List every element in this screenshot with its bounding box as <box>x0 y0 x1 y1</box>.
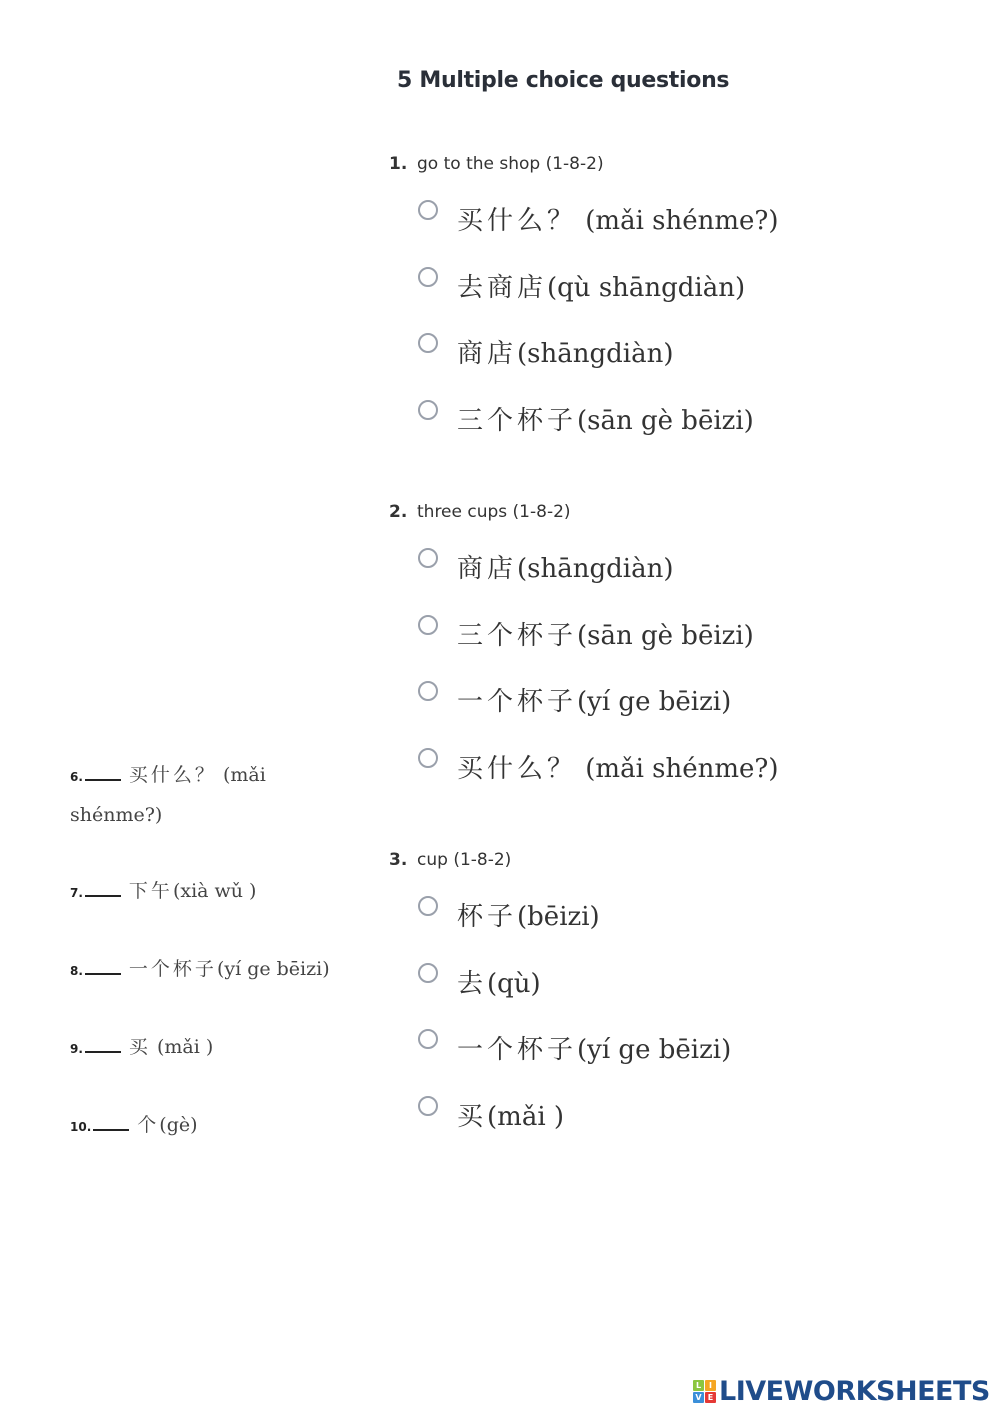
option-label: 买(mǎi ) <box>457 1096 564 1133</box>
option-label: 去(qù) <box>457 963 541 1000</box>
option-radio[interactable]: 买(mǎi ) <box>389 1090 511 1157</box>
question-2: 2.three cups (1-8-2) 商店(shāngdiàn) 三个杯子(… <box>389 500 571 808</box>
option-label: 买什么？ (mǎi shénme?) <box>457 200 779 237</box>
option-label: 一个杯子(yí ge bēizi) <box>457 681 731 718</box>
liveworksheets-logo: L I V E LIVEWORKSHEETS <box>693 1376 990 1407</box>
fill-item-6: 6.买什么？ (mǎi shénme?) <box>70 756 266 834</box>
answer-blank[interactable] <box>85 972 121 975</box>
question-prompt: 2.three cups (1-8-2) <box>389 500 571 524</box>
option-label: 商店(shāngdiàn) <box>457 548 674 585</box>
question-prompt: 3.cup (1-8-2) <box>389 848 511 872</box>
radio-circle-icon[interactable] <box>418 748 438 768</box>
option-radio[interactable]: 去商店(qù shāngdiàn) <box>389 261 604 328</box>
option-radio[interactable]: 商店(shāngdiàn) <box>389 542 571 609</box>
logo-text: LIVEWORKSHEETS <box>719 1376 990 1407</box>
radio-circle-icon[interactable] <box>418 681 438 701</box>
option-radio[interactable]: 三个杯子(sān gè bēizi) <box>389 609 571 676</box>
radio-circle-icon[interactable] <box>418 1096 438 1116</box>
radio-circle-icon[interactable] <box>418 615 438 635</box>
answer-blank[interactable] <box>85 778 121 781</box>
question-text: three cups (1-8-2) <box>417 502 571 522</box>
option-radio[interactable]: 去(qù) <box>389 957 511 1024</box>
option-label: 去商店(qù shāngdiàn) <box>457 267 745 304</box>
question-text: go to the shop (1-8-2) <box>417 154 604 174</box>
options-list: 杯子(bēizi) 去(qù) 一个杯子(yí ge bēizi) 买(mǎi … <box>389 890 511 1156</box>
question-number: 3. <box>389 848 417 872</box>
radio-circle-icon[interactable] <box>418 333 438 353</box>
option-label: 一个杯子(yí ge bēizi) <box>457 1029 731 1066</box>
option-radio[interactable]: 买什么？ (mǎi shénme?) <box>389 742 571 809</box>
option-label: 三个杯子(sān gè bēizi) <box>457 615 754 652</box>
radio-circle-icon[interactable] <box>418 400 438 420</box>
question-prompt: 1.go to the shop (1-8-2) <box>389 152 604 176</box>
option-radio[interactable]: 一个杯子(yí ge bēizi) <box>389 675 571 742</box>
option-radio[interactable]: 三个杯子(sān gè bēizi) <box>389 394 604 461</box>
option-label: 商店(shāngdiàn) <box>457 333 674 370</box>
question-3: 3.cup (1-8-2) 杯子(bēizi) 去(qù) 一个杯子(yí ge… <box>389 848 511 1156</box>
fill-item-9: 9.买 (mǎi ) <box>70 1028 213 1068</box>
answer-blank[interactable] <box>85 1050 121 1053</box>
option-radio[interactable]: 商店(shāngdiàn) <box>389 327 604 394</box>
answer-blank[interactable] <box>93 1128 129 1131</box>
question-text: cup (1-8-2) <box>417 850 511 870</box>
radio-circle-icon[interactable] <box>418 548 438 568</box>
logo-tiles-icon: L I V E <box>693 1380 716 1403</box>
options-list: 商店(shāngdiàn) 三个杯子(sān gè bēizi) 一个杯子(yí… <box>389 542 571 808</box>
question-number: 1. <box>389 152 417 176</box>
radio-circle-icon[interactable] <box>418 267 438 287</box>
radio-circle-icon[interactable] <box>418 963 438 983</box>
radio-circle-icon[interactable] <box>418 896 438 916</box>
option-radio[interactable]: 买什么？ (mǎi shénme?) <box>389 194 604 261</box>
option-label: 三个杯子(sān gè bēizi) <box>457 400 754 437</box>
fill-item-10: 10.个(gè) <box>70 1106 198 1146</box>
question-1: 1.go to the shop (1-8-2) 买什么？ (mǎi shénm… <box>389 152 604 460</box>
option-label: 杯子(bēizi) <box>457 896 600 933</box>
radio-circle-icon[interactable] <box>418 1029 438 1049</box>
radio-circle-icon[interactable] <box>418 200 438 220</box>
fill-item-8: 8.一个杯子(yí ge bēizi) <box>70 950 330 990</box>
answer-blank[interactable] <box>85 894 121 897</box>
fill-item-7: 7.下午(xià wǔ ) <box>70 872 256 912</box>
option-radio[interactable]: 一个杯子(yí ge bēizi) <box>389 1023 511 1090</box>
option-label: 买什么？ (mǎi shénme?) <box>457 748 779 785</box>
options-list: 买什么？ (mǎi shénme?) 去商店(qù shāngdiàn) 商店(… <box>389 194 604 460</box>
option-radio[interactable]: 杯子(bēizi) <box>389 890 511 957</box>
question-number: 2. <box>389 500 417 524</box>
section-title: 5 Multiple choice questions <box>397 68 729 93</box>
